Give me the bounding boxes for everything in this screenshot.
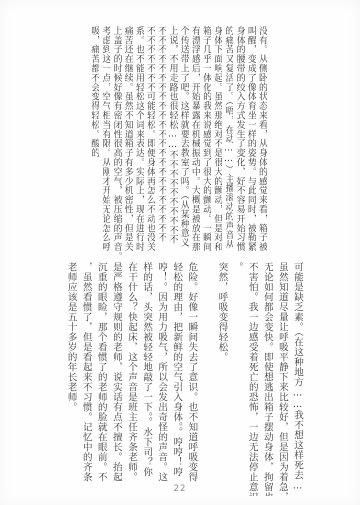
text-column: 。 [230, 262, 245, 496]
text-column: 虽然知道尽量让呼吸平静下来比较好，但是因为着急，呼吸 [275, 262, 290, 496]
text-column: 身体下面响起。虽然那绝对不是很大的颤动，但是对和 [211, 26, 222, 272]
text-column: 痛苦还在继续。虽然不知道箱子有多少机密性，但是关 [122, 26, 133, 272]
text-column: 危险。好像一瞬间失去了意识。也不知道呼吸变得 [184, 262, 199, 496]
text-column: 叫醒，变成了像体育坐一样的姿势。与此同时，被勒紧 [245, 26, 256, 272]
text-column: 考虑到这一点，空气相当有限。从刚才开始无论怎么呼 [99, 26, 110, 272]
text-column: 突然，呼吸变得轻松。 [214, 262, 229, 496]
text-column: 系。也不能用轻松这个词来表达。实际上，现在进行时 [133, 26, 144, 272]
text-column: 箱子几乎一体化的我来说感觉到了很大的颤动。一瞬间 [200, 26, 211, 272]
text-column: 身体的腰带的绞入方式发生了变化，好不容易开始习惯 [233, 26, 244, 272]
text-column: 无论如何都会变快。即使想逃出箱子摆动身体，拘留也丝毫 [260, 262, 275, 496]
text-column: ，虽然看惯了，但是看起来不习惯。记忆中的齐条 [79, 262, 94, 496]
upper-text-block: 没有。从侧卧的状态来看，从身体的感觉来看，箱子被叫醒，变成了像体育坐一样的姿势。… [88, 26, 267, 272]
text-column: 沉重的眼睑，那个看惯了的老师的脸就在眼前。不 [94, 262, 109, 496]
text-column: 个传送带上了吧。这样就要去教室了吗。（从某种意义 [178, 26, 189, 272]
text-column: 样的话，头突然被轻轻地敲了一下。。水下司？你 [139, 262, 154, 496]
text-column: 老师应该是五十多岁的年长老师。 [64, 262, 79, 496]
text-column: 没有。从侧卧的状态来看，从身体的感觉来看，箱子被 [256, 26, 267, 272]
text-column: 不不不不不不不不不不不不不不不不不不不不不不不 [155, 26, 166, 272]
text-column: 不不不不不不不可能轻松。即便身体再怎么不动也没关 [144, 26, 155, 272]
text-column: 的痛苦又复活了。（唔，在动……）主播滚动的声音从 [222, 26, 233, 272]
page-number: 22 [0, 484, 360, 494]
text-column: 吸，痛苦都不会变得轻松。酸的 [88, 26, 99, 272]
text-column: 不害怕。我一边感受着死亡的恐怖，一边无法停止意识变白 [245, 262, 260, 496]
text-column [199, 262, 214, 496]
text-column: 是严格遵守规则的老师，说实话有点不擅长。抬起 [109, 262, 124, 496]
text-column: 轻松的理由，把新鲜的空气引入身体。。哼哼！哼 [169, 262, 184, 496]
text-column: 上盖子的时候好像有密闭性很高的空气，被压缩的声音。 [110, 26, 121, 272]
text-column: 上说，不用走路也很轻松……不不不不不不不不不不 [166, 26, 177, 272]
text-column: 哼！。因为用力吸气，所以会发出奇怪的声音。这 [154, 262, 169, 496]
lower-text-block: 可能是缺乏素。（在这种地方……我不想这样死去……！）虽然知道尽量让呼吸平静下来比… [63, 262, 305, 496]
book-page: 没有。从侧卧的状态来看，从身体的感觉来看，箱子被叫醒，变成了像体育坐一样的姿势。… [0, 0, 360, 505]
text-column: 在干什么？快起床，这个声音是班主任齐条老师。 [124, 262, 139, 496]
text-column: 可能是缺乏素。（在这种地方……我不想这样死去……！） [290, 262, 305, 496]
text-column: 有漂浮感后，开始暴露在机械振动中。大概是被放在那 [189, 26, 200, 272]
